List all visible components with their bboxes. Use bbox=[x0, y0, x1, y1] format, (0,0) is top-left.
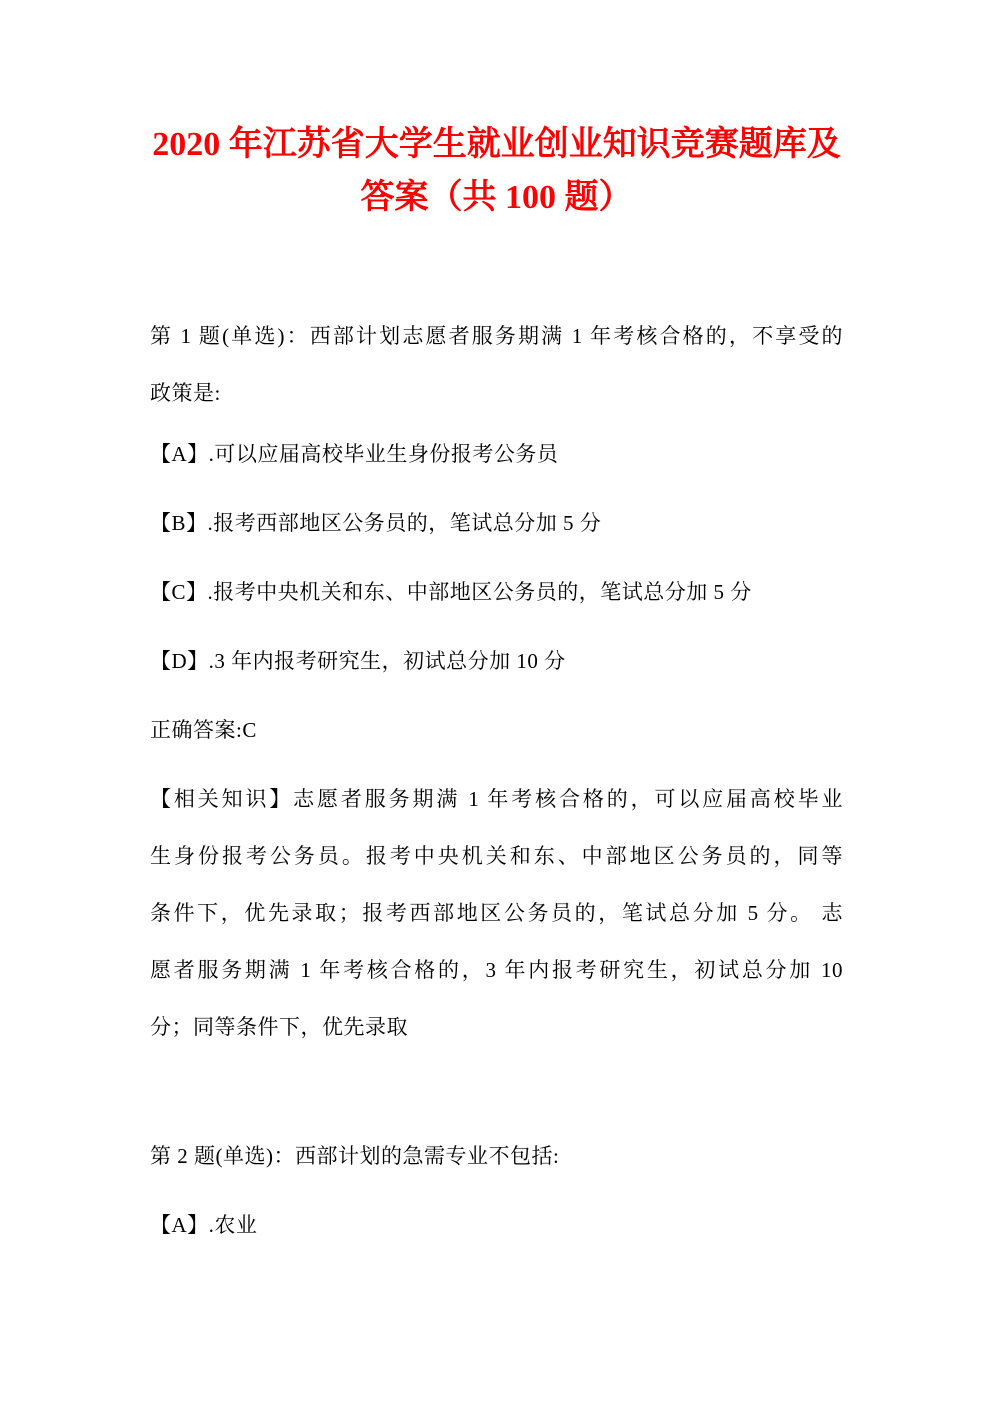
question-1-knowledge-line-5: 分；同等条件下，优先录取 bbox=[150, 999, 843, 1056]
document-page: 2020 年江苏省大学生就业创业知识竞赛题库及答案（共 100 题） 第 1 题… bbox=[0, 0, 993, 1404]
question-1-stem-line-2: 政策是: bbox=[150, 365, 843, 422]
question-1-option-a: 【A】.可以应届高校毕业生身份报考公务员 bbox=[150, 426, 843, 483]
question-1-stem-line-1: 第 1 题(单选)：西部计划志愿者服务期满 1 年考核合格的，不享受的 bbox=[150, 308, 843, 365]
question-1-option-c: 【C】.报考中央机关和东、中部地区公务员的，笔试总分加 5 分 bbox=[150, 564, 843, 621]
document-title: 2020 年江苏省大学生就业创业知识竞赛题库及答案（共 100 题） bbox=[150, 118, 843, 224]
question-1-option-b: 【B】.报考西部地区公务员的，笔试总分加 5 分 bbox=[150, 495, 843, 552]
question-1-option-d: 【D】.3 年内报考研究生，初试总分加 10 分 bbox=[150, 633, 843, 690]
question-1-knowledge: 【相关知识】志愿者服务期满 1 年考核合格的，可以应届高校毕业 生身份报考公务员… bbox=[150, 771, 843, 1056]
question-2-stem: 第 2 题(单选)：西部计划的急需专业不包括: bbox=[150, 1128, 843, 1185]
question-1-knowledge-line-2: 生身份报考公务员。报考中央机关和东、中部地区公务员的，同等 bbox=[150, 828, 843, 885]
question-2-option-a: 【A】.农业 bbox=[150, 1197, 843, 1254]
question-1-knowledge-line-1: 【相关知识】志愿者服务期满 1 年考核合格的，可以应届高校毕业 bbox=[150, 771, 843, 828]
question-1-stem: 第 1 题(单选)：西部计划志愿者服务期满 1 年考核合格的，不享受的 政策是: bbox=[150, 308, 843, 422]
question-1-knowledge-line-4: 愿者服务期满 1 年考核合格的，3 年内报考研究生，初试总分加 10 bbox=[150, 942, 843, 999]
question-block-1: 第 1 题(单选)：西部计划志愿者服务期满 1 年考核合格的，不享受的 政策是:… bbox=[150, 308, 843, 1056]
question-block-2: 第 2 题(单选)：西部计划的急需专业不包括: 【A】.农业 bbox=[150, 1128, 843, 1254]
question-1-knowledge-line-3: 条件下，优先录取；报考西部地区公务员的，笔试总分加 5 分。 志 bbox=[150, 885, 843, 942]
question-1-correct-answer: 正确答案:C bbox=[150, 702, 843, 759]
